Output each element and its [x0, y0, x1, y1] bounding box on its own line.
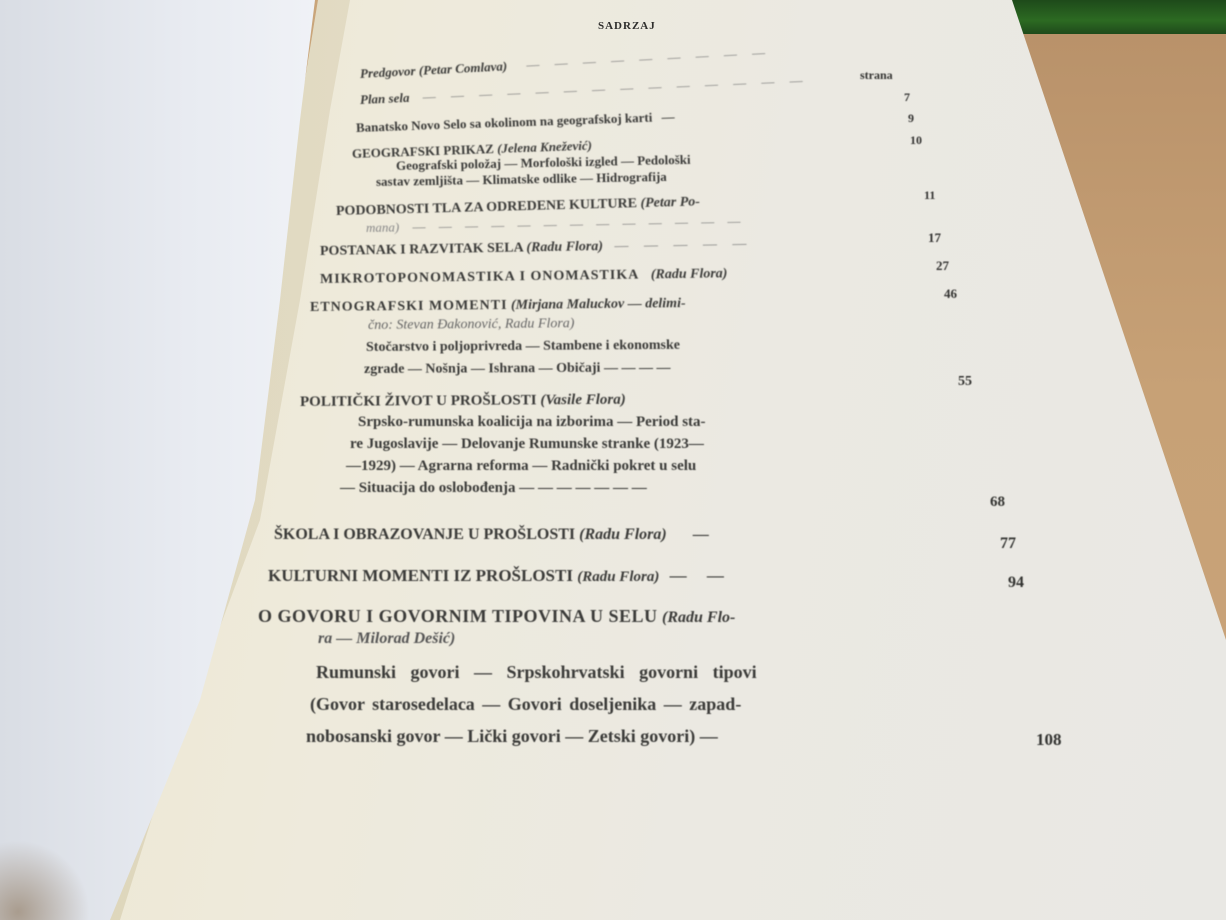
- entry-subtopics: —1929) — Agrarna reforma — Radnički pokr…: [346, 458, 696, 475]
- table-of-contents: SADRZAJ Predgovor (Petar Comlava) — — — …: [0, 0, 1226, 920]
- entry-title: POLITIČKI ŽIVOT U PROŠLOSTI: [300, 392, 537, 410]
- page-number: 9: [908, 111, 914, 126]
- entry-subtopics: nobosanski govor — Lički govori — Zetski…: [306, 726, 718, 747]
- entry-subtopics: zgrade — Nošnja — Ishrana — Običaji — — …: [364, 360, 671, 378]
- page-number: 55: [958, 374, 972, 390]
- entry-title: Predgovor: [360, 63, 416, 81]
- toc-heading: SADRZAJ: [598, 20, 656, 32]
- page-number: 68: [990, 494, 1005, 511]
- entry-author: (Mirjana Maluckov — delimi-: [511, 296, 686, 313]
- entry-leader: — — — — — — — — —: [526, 44, 771, 72]
- page-number: 11: [924, 188, 935, 203]
- entry-title: O GOVORU I GOVORNIM TIPOVINA U SELU: [258, 606, 658, 626]
- toc-entry: POSTANAK I RAZVITAK SELA (Radu Flora) — …: [320, 236, 753, 260]
- entry-author-cont: ra — Milorad Dešić): [318, 630, 455, 648]
- toc-entry: ŠKOLA I OBRAZOVANJE U PROŠLOSTI (Radu Fl…: [274, 526, 709, 544]
- entry-subtopics: (Govor starosedelaca — Govori doseljenik…: [310, 694, 741, 715]
- page-number: 17: [928, 230, 941, 246]
- entry-leader: —: [693, 526, 709, 543]
- page-number: 27: [936, 258, 949, 274]
- toc-entry: MIKROTOPONOMASTIKA I ONOMASTIKA (Radu Fl…: [320, 266, 728, 288]
- page-number: 7: [904, 90, 910, 105]
- entry-title: KULTURNI MOMENTI IZ PROŠLOSTI: [268, 566, 573, 585]
- entry-author: (Radu Flora): [579, 526, 667, 543]
- entry-author: (Radu Flo-: [662, 609, 735, 626]
- entry-author: (Radu Flora): [577, 569, 659, 585]
- entry-author: (Petar Comlava): [418, 58, 507, 78]
- entry-leader: — — — — —: [614, 236, 752, 253]
- entry-title: POSTANAK I RAZVITAK SELA: [320, 240, 523, 259]
- entry-author: (Petar Po-: [640, 194, 700, 211]
- entry-subtopics: Rumunski govori — Srpskohrvatski govorni…: [316, 662, 757, 683]
- page-number: 77: [1000, 535, 1016, 553]
- page-number: 94: [1008, 574, 1024, 592]
- page-label: strana: [860, 68, 893, 83]
- entry-leader: —: [661, 109, 675, 124]
- entry-author-cont: mana): [366, 219, 399, 235]
- entry-title: Banatsko Novo Selo sa okolinom na geogra…: [356, 110, 653, 135]
- entry-title: MIKROTOPONOMASTIKA I ONOMASTIKA: [320, 268, 640, 287]
- entry-author: (Radu Flora): [651, 266, 728, 282]
- entry-author-cont: čno: Stevan Đakonović, Radu Flora): [368, 316, 575, 334]
- entry-subtopics: Srpsko-rumunska koalicija na izborima — …: [358, 414, 706, 431]
- entry-subtopics: — Situacija do oslobođenja — — — — — — —: [340, 480, 647, 497]
- page-number: 46: [944, 286, 957, 302]
- page-number: 108: [1036, 730, 1062, 750]
- toc-entry: O GOVORU I GOVORNIM TIPOVINA U SELU (Rad…: [258, 606, 735, 627]
- entry-leader: — — — — — — — — — — — — — —: [422, 72, 809, 104]
- toc-entry: KULTURNI MOMENTI IZ PROŠLOSTI (Radu Flor…: [268, 566, 732, 586]
- entry-subtopics: re Jugoslavije — Delovanje Rumunske stra…: [350, 436, 704, 453]
- entry-leader: — —: [670, 566, 732, 585]
- entry-title: ŠKOLA I OBRAZOVANJE U PROŠLOSTI: [274, 526, 575, 543]
- entry-title: ETNOGRAFSKI MOMENTI: [310, 298, 508, 315]
- entry-title: Plan sela: [360, 90, 410, 107]
- entry-subtopics: Stočarstvo i poljoprivreda — Stambene i …: [366, 338, 680, 356]
- page-number: 10: [910, 133, 922, 148]
- entry-author: (Vasile Flora): [540, 392, 626, 409]
- toc-entry: POLITIČKI ŽIVOT U PROŠLOSTI (Vasile Flor…: [300, 392, 626, 411]
- entry-author: (Radu Flora): [526, 239, 603, 255]
- book-photo: SADRZAJ Predgovor (Petar Comlava) — — — …: [0, 0, 1226, 920]
- toc-entry: ETNOGRAFSKI MOMENTI (Mirjana Maluckov — …: [310, 296, 686, 316]
- toc-entry: Banatsko Novo Selo sa okolinom na geogra…: [356, 109, 675, 136]
